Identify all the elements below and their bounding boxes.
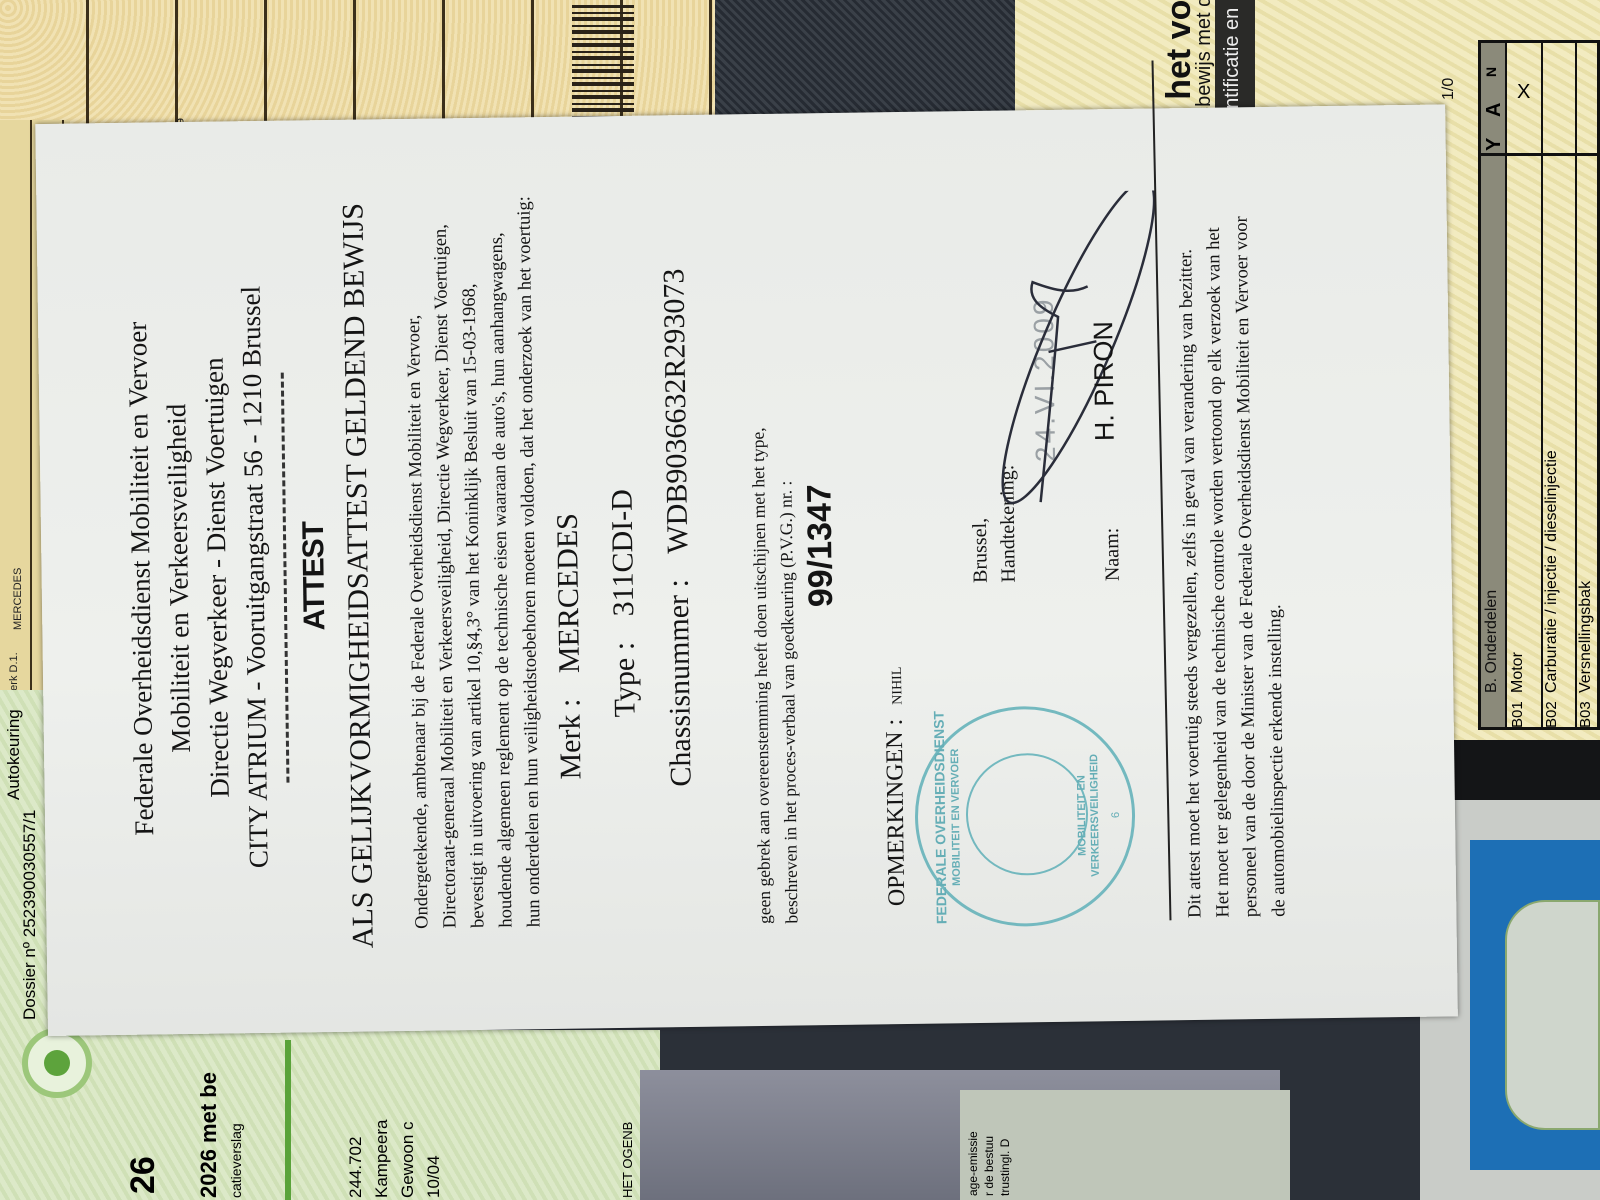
document-title: ATTEST [291, 120, 338, 1032]
intro-paragraph: Ondergetekende, ambtenaar bij de Federal… [397, 97, 549, 929]
green-line: Kampeera [372, 1120, 392, 1198]
col-y: Y [1483, 138, 1506, 151]
report-label: catieverslag [228, 1123, 244, 1198]
field-merk: Merk : MERCEDES [551, 513, 592, 1029]
check-mark: X [1517, 81, 1530, 104]
onderdelen-table: B. Onderdelen Y A N X B01 Motor B02 Carb… [1478, 40, 1600, 730]
green-line: 10/04 [424, 1155, 444, 1198]
page-indicator: 1/0 [1440, 78, 1458, 100]
stamp-emblem-icon [965, 752, 1089, 876]
row-code: B02 [1543, 701, 1560, 728]
green-line: 244.702 [346, 1137, 366, 1198]
attest-page: Federale Overheidsdienst Mobiliteit en V… [35, 104, 1458, 1036]
col-line [1505, 43, 1507, 727]
big-number: 26 [124, 1156, 163, 1194]
field-label: Chassisnummer : [662, 579, 702, 1027]
card-heading: Autokeuring [4, 709, 24, 800]
issuer-header: Federale Overheidsdienst Mobiliteit en V… [115, 121, 280, 1035]
emission-text: age-emissie [966, 1131, 980, 1196]
col-n: N [1483, 67, 1499, 77]
official-stamp: FEDERALE OVERHEIDSDIENST MOBILITEIT EN V… [914, 705, 1137, 928]
attest-document: Federale Overheidsdienst Mobiliteit en V… [35, 104, 1458, 1036]
yan-header: Y A N X [1481, 43, 1597, 156]
year-line: 2026 met be [196, 1072, 222, 1198]
field-label: Type : [608, 642, 647, 1028]
merk-value: MERCEDES [12, 568, 24, 630]
row-code: B03 [1577, 701, 1594, 728]
field-label: Merk : [553, 698, 592, 1028]
green-stripe [285, 1040, 291, 1200]
emission-document: age-emissie r de bestuu trustingl. D [960, 1090, 1290, 1200]
remarks-value: NIHIL [890, 667, 906, 705]
footer-text: HET OGENB [620, 1122, 635, 1198]
field-type: Type : 311CDI-D [605, 489, 647, 1028]
remarks-label: OPMERKINGEN : [882, 719, 911, 907]
row-code: B01 [1509, 701, 1526, 728]
field-value: MERCEDES [551, 513, 586, 673]
field-chassis: Chassisnummer : WDB9036632R293073 [657, 268, 702, 1027]
dossier-number: Dossier nº 252390030557/1 [20, 810, 40, 1020]
pvg-number: 99/1347 [800, 484, 841, 607]
field-value: 311CDI-D [605, 489, 640, 617]
conformity-paragraph: geen gebrek aan overeenstemming heeft do… [740, 93, 806, 924]
barcode [572, 5, 634, 125]
col-a: A [1483, 103, 1506, 117]
row-label: Carburatie / injectie / dieselinjectie [1543, 450, 1561, 693]
stamp-text: MOBILITEIT EN VERVOER [949, 710, 964, 924]
stamp-bottom: MOBILITEIT EN VERKEERSVEILIGHEID [1075, 708, 1104, 922]
emission-text: r de bestuu [982, 1136, 996, 1196]
emission-text: trustingl. D [998, 1139, 1012, 1196]
name-label: Naam: [1101, 528, 1125, 582]
remarks: OPMERKINGEN : NIHIL [881, 667, 911, 907]
field-value: WDB9036632R293073 [657, 268, 694, 553]
stamp-text: FEDERALE OVERHEIDSDIENST [931, 710, 950, 924]
section-title: B. Onderdelen [1483, 590, 1501, 693]
goca-logo-icon [22, 1028, 92, 1098]
stamp-number: 6 [1110, 812, 1122, 818]
row-label: Versnellingsbak [1577, 581, 1595, 693]
green-line: Gewoon c [398, 1121, 418, 1198]
green-inspection-form: 26 2026 met be catieverslag 244.702 Kamp… [70, 1030, 660, 1200]
dashed-divider [281, 373, 290, 783]
row-label: Motor [1509, 652, 1527, 693]
stamp-text: VERKEERSVEILIGHEID [1088, 708, 1104, 922]
blue-card-emblem [1505, 900, 1600, 1130]
signatory-name: H. PIRON [1088, 321, 1121, 441]
footer-notice: Dit attest moet het voertuig steeds verg… [1170, 87, 1294, 918]
document-subtitle: ALS GELIJKVORMIGHEIDSATTEST GELDEND BEWI… [335, 119, 382, 1031]
